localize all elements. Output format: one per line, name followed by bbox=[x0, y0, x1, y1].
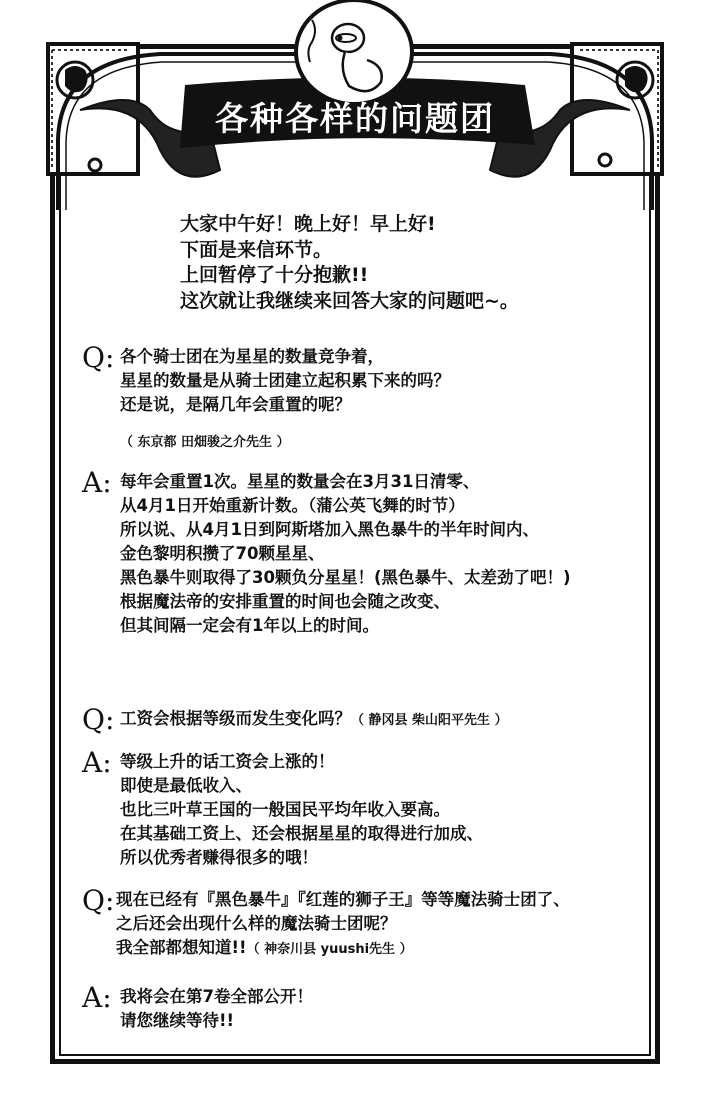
a-marker: A: bbox=[82, 981, 112, 1014]
answer-line: 金色黎明积攒了70颗星星、 bbox=[120, 542, 571, 566]
answer-line: 即使是最低收入、 bbox=[120, 774, 483, 798]
intro-line: 上回暂停了十分抱歉!! bbox=[180, 263, 519, 289]
intro-line: 下面是来信环节。 bbox=[180, 238, 519, 264]
answer-line: 黑色暴牛则取得了30颗负分星星！(黑色暴牛、太差劲了吧！) bbox=[120, 566, 571, 590]
q-marker: Q: bbox=[82, 703, 114, 736]
answer-line: 根据魔法帝的安排重置的时间也会随之改变、 bbox=[120, 590, 571, 614]
question-line: 我全部都想知道!! bbox=[116, 938, 247, 957]
question-line: 现在已经有『黑色暴牛』『红莲的狮子王』等等魔法骑士团了、 bbox=[116, 888, 570, 912]
answer-line: 每年会重置1次。星星的数量会在3月31日清零、 bbox=[120, 470, 571, 494]
question-line: 工资会根据等级而发生变化吗？ bbox=[120, 709, 351, 728]
answer-line: 所以优秀者赚得很多的哦！ bbox=[120, 846, 483, 870]
answer-line: 也比三叶草王国的一般国民平均年收入要高。 bbox=[120, 798, 483, 822]
question-line: 之后还会出现什么样的魔法骑士团呢？ bbox=[116, 912, 570, 936]
intro-line: 这次就让我继续来回答大家的问题吧~。 bbox=[180, 289, 519, 315]
intro-text: 大家中午好！晚上好！早上好! 下面是来信环节。 上回暂停了十分抱歉!! 这次就让… bbox=[180, 212, 519, 314]
answer-line: 请您继续等待!! bbox=[120, 1009, 313, 1033]
question-3: Q: 现在已经有『黑色暴牛』『红莲的狮子王』等等魔法骑士团了、 之后还会出现什么… bbox=[82, 888, 570, 962]
answer-line: 所以说、从4月1日到阿斯塔加入黑色暴牛的半年时间内、 bbox=[120, 518, 571, 542]
page-title: 各种各样的问题团 bbox=[200, 93, 510, 140]
a-marker: A: bbox=[82, 466, 112, 499]
answer-1: A: 每年会重置1次。星星的数量会在3月31日清零、 从4月1日开始重新计数。（… bbox=[82, 470, 571, 638]
answer-line: 等级上升的话工资会上涨的！ bbox=[120, 750, 483, 774]
answer-line: 但其间隔一定会有1年以上的时间。 bbox=[120, 614, 571, 638]
answer-line: 我将会在第7卷全部公开！ bbox=[120, 985, 313, 1009]
a-marker: A: bbox=[82, 746, 112, 779]
question-line: 各个骑士团在为星星的数量竞争着， bbox=[120, 345, 450, 369]
asker-name: （ 神奈川县 yuushi先生 ） bbox=[247, 942, 413, 957]
intro-line: 大家中午好！晚上好！早上好! bbox=[180, 212, 519, 238]
question-line: 星星的数量是从骑士团建立起积累下来的吗？ bbox=[120, 369, 450, 393]
asker-name: （ 静冈县 柴山阳平先生 ） bbox=[351, 713, 508, 728]
q-marker: Q: bbox=[82, 884, 114, 917]
answer-line: 从4月1日开始重新计数。（蒲公英飞舞的时节） bbox=[120, 494, 571, 518]
q-marker: Q: bbox=[82, 341, 114, 374]
question-1: Q: 各个骑士团在为星星的数量竞争着， 星星的数量是从骑士团建立起积累下来的吗？… bbox=[82, 345, 450, 455]
asker-name: （ 东京都 田畑骏之介先生 ） bbox=[120, 431, 450, 455]
question-2: Q: 工资会根据等级而发生变化吗？（ 静冈县 柴山阳平先生 ） bbox=[82, 707, 508, 733]
answer-2: A: 等级上升的话工资会上涨的！ 即使是最低收入、 也比三叶草王国的一般国民平均… bbox=[82, 750, 483, 870]
answer-3: A: 我将会在第7卷全部公开！ 请您继续等待!! bbox=[82, 985, 313, 1033]
answer-line: 在其基础工资上、还会根据星星的取得进行加成、 bbox=[120, 822, 483, 846]
question-line: 还是说，是隔几年会重置的呢？ bbox=[120, 393, 450, 417]
